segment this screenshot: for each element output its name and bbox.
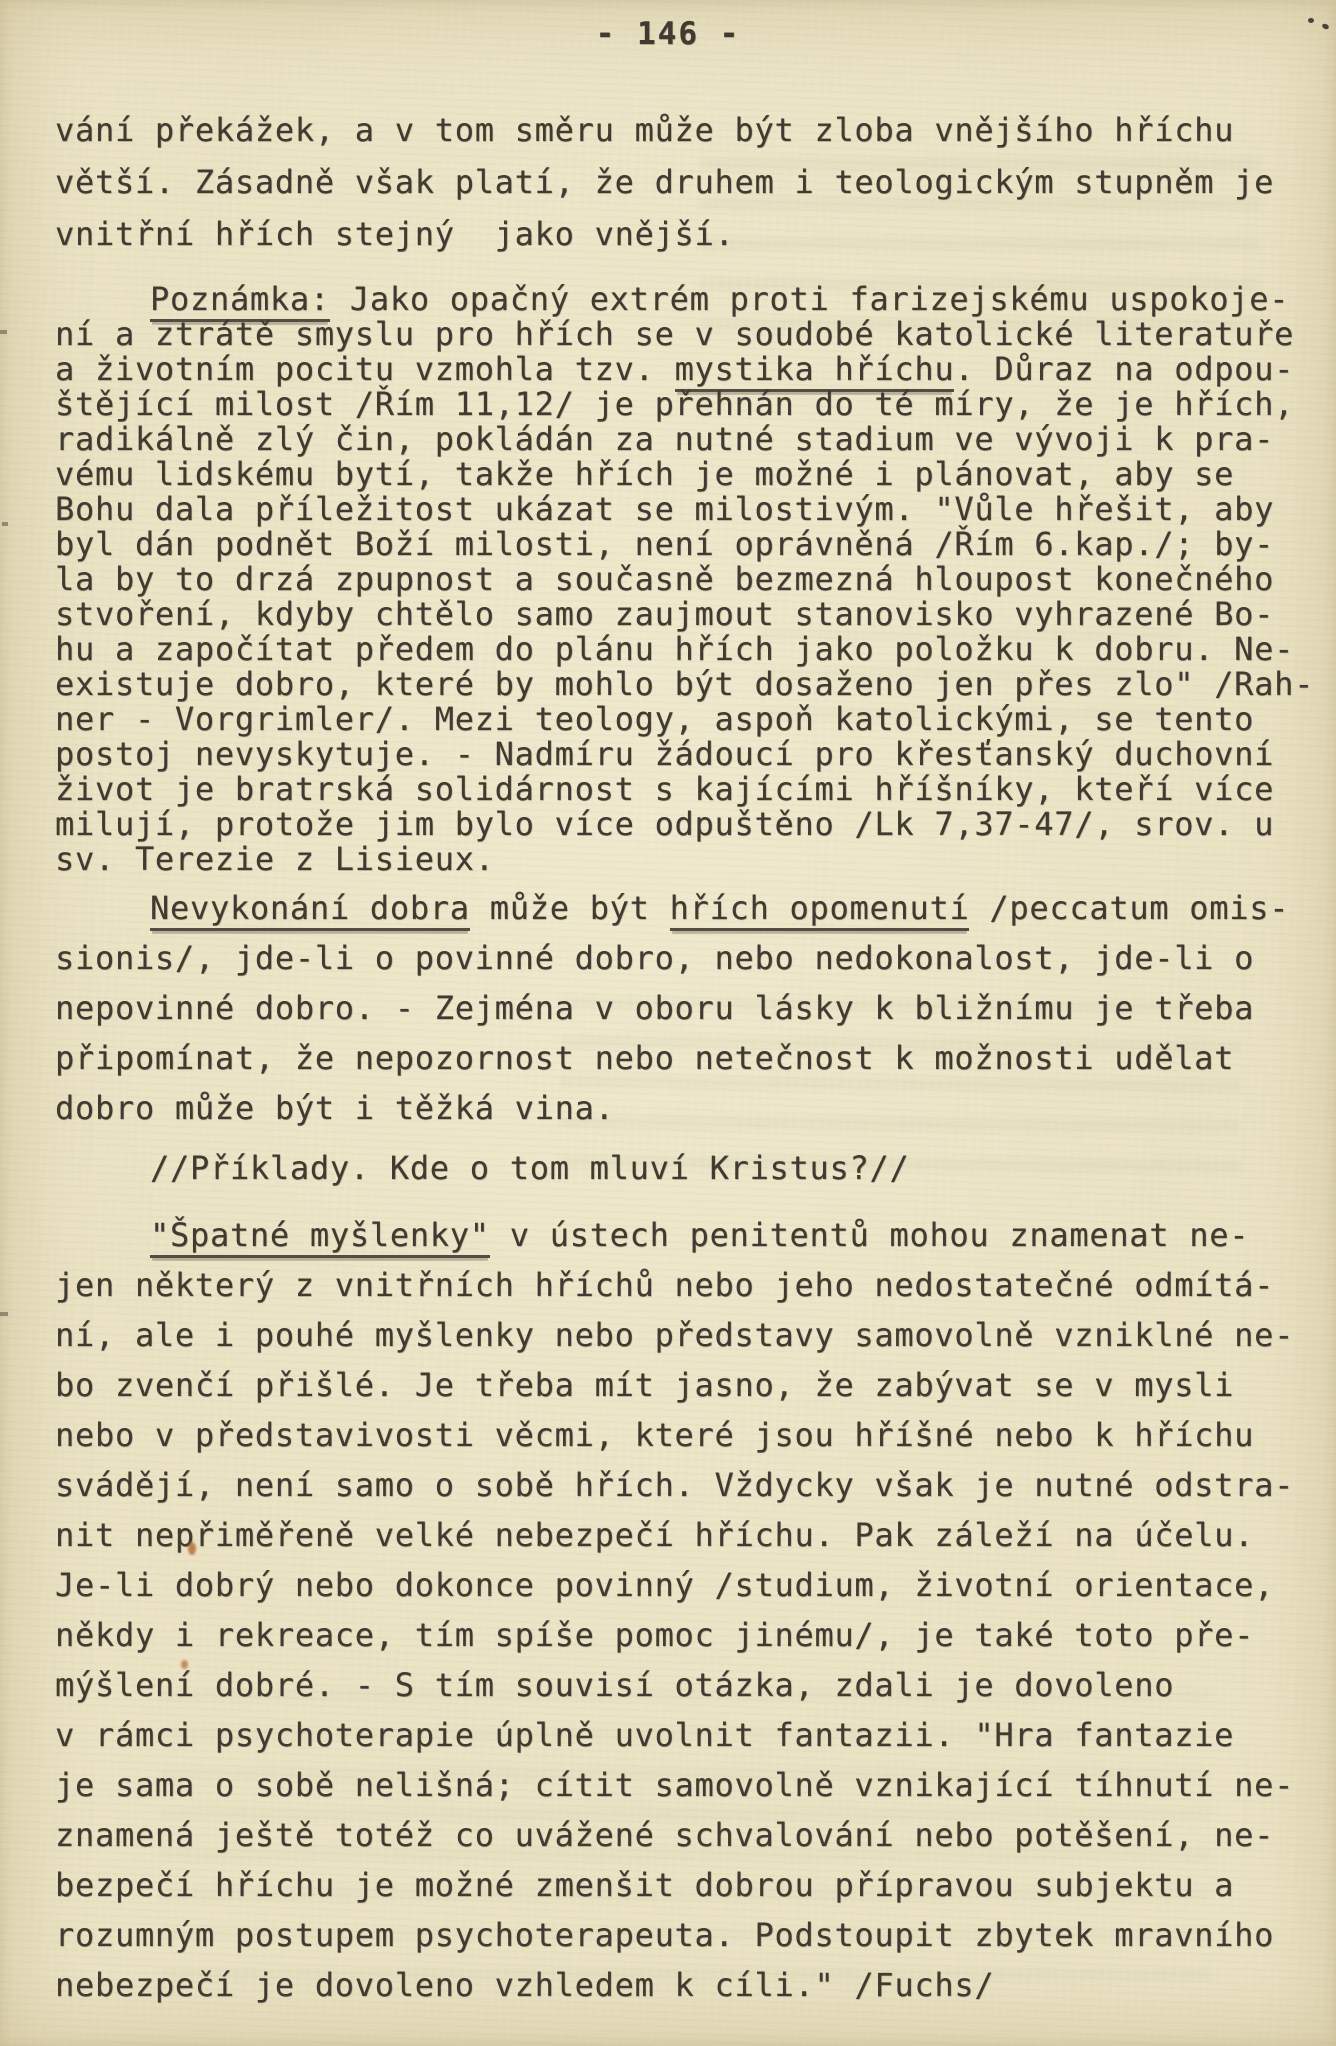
text-segment: hu a započítat předem do plánu hřích jak… (55, 630, 1294, 668)
text-line: //Příklady. Kde o tom mluví Kristus?// (55, 1143, 1325, 1193)
text-segment: nebezpečí je dovoleno vzhledem k cíli." … (55, 1966, 994, 2004)
text-segment: byl dán podnět Boží milosti, není oprávn… (55, 525, 1274, 563)
paragraph: Poznámka: Jako opačný extrém proti fariz… (55, 282, 1325, 877)
underlined-text: Nevykonání dobra (150, 889, 470, 931)
text-line: nebezpečí je dovoleno vzhledem k cíli." … (55, 1960, 1325, 2010)
text-line: v rámci psychoterapie úplně uvolnit fant… (55, 1710, 1325, 1760)
text-line: "Špatné myšlenky" v ústech penitentů moh… (55, 1210, 1325, 1260)
text-line: la by to drzá zpupnost a současně bezmez… (55, 562, 1325, 597)
text-segment: sv. Terezie z Lisieux. (55, 840, 495, 878)
text-segment: //Příklady. Kde o tom mluví Kristus?// (150, 1149, 909, 1187)
text-segment: a životním pocitu vzmohla tzv. (55, 350, 675, 388)
text-line: sionis/, jde-li o povinné dobro, nebo ne… (55, 933, 1325, 983)
text-segment: la by to drzá zpupnost a současně bezmez… (55, 560, 1274, 598)
text-segment: v rámci psychoterapie úplně uvolnit fant… (55, 1716, 1234, 1754)
text-line: nepovinné dobro. - Zejména v oboru lásky… (55, 983, 1325, 1033)
paper-stain (181, 1660, 188, 1669)
text-segment: připomínat, že nepozornost nebo netečnos… (55, 1039, 1234, 1077)
underlined-text: hřích opomenutí (670, 889, 970, 931)
scan-artifact (0, 330, 7, 334)
text-line: vání překážek, a v tom směru může být zl… (55, 104, 1325, 156)
text-segment: dobro může být i těžká vina. (55, 1089, 615, 1127)
text-line: Bohu dala příležitost ukázat se milostiv… (55, 492, 1325, 527)
text-segment: větší. Zásadně však platí, že druhem i t… (55, 163, 1274, 201)
text-line: Je-li dobrý nebo dokonce povinný /studiu… (55, 1560, 1325, 1610)
text-segment: ní, ale i pouhé myšlenky nebo představy … (55, 1316, 1294, 1354)
text-line: hu a započítat předem do plánu hřích jak… (55, 632, 1325, 667)
text-segment: život je bratrská solidárnost s kajícími… (55, 770, 1274, 808)
underlined-text: "Špatné myšlenky" (150, 1216, 490, 1258)
text-segment: svádějí, není samo o sobě hřích. Vždycky… (55, 1466, 1294, 1504)
text-segment: ní a ztrátě smyslu pro hřích se v soudob… (55, 315, 1294, 353)
text-segment: vému lidskému bytí, takže hřích je možné… (55, 455, 1234, 493)
paragraph: "Špatné myšlenky" v ústech penitentů moh… (55, 1210, 1325, 2010)
text-line: a životním pocitu vzmohla tzv. mystika h… (55, 352, 1325, 387)
text-segment: mýšlení dobré. - S tím souvisí otázka, z… (55, 1666, 1174, 1704)
scan-artifact (2, 522, 8, 526)
text-line: byl dán podnět Boží milosti, není oprávn… (55, 527, 1325, 562)
text-segment: . Důraz na odpou- (954, 350, 1294, 388)
text-line: ner - Vorgrimler/. Mezi teology, aspoň k… (55, 702, 1325, 737)
text-segment: postoj nevyskytuje. - Nadmíru žádoucí pr… (55, 735, 1274, 773)
text-segment: sionis/, jde-li o povinné dobro, nebo ne… (55, 939, 1254, 977)
text-line: připomínat, že nepozornost nebo netečnos… (55, 1033, 1325, 1083)
text-segment: štějící milost /Řím 11,12/ je přehnán do… (55, 385, 1294, 423)
document-body: vání překážek, a v tom směru může být zl… (0, 0, 1336, 2046)
text-line: Poznámka: Jako opačný extrém proti fariz… (55, 282, 1325, 317)
text-line: existuje dobro, které by mohlo být dosaž… (55, 667, 1325, 702)
text-line: stvoření, kdyby chtělo samo zaujmout sta… (55, 597, 1325, 632)
text-line: někdy i rekreace, tím spíše pomoc jinému… (55, 1610, 1325, 1660)
text-line: sv. Terezie z Lisieux. (55, 842, 1325, 877)
text-segment: ner - Vorgrimler/. Mezi teology, aspoň k… (55, 700, 1254, 738)
text-line: větší. Zásadně však platí, že druhem i t… (55, 156, 1325, 208)
text-segment: existuje dobro, které by mohlo být dosaž… (55, 665, 1314, 703)
paragraph: Nevykonání dobra může být hřích opomenut… (55, 883, 1325, 1133)
text-line: postoj nevyskytuje. - Nadmíru žádoucí pr… (55, 737, 1325, 772)
text-line: jen některý z vnitřních hříchů nebo jeho… (55, 1260, 1325, 1310)
text-segment: Jako opačný extrém proti farizejskému us… (330, 280, 1289, 318)
text-line: bezpečí hříchu je možné zmenšit dobrou p… (55, 1860, 1325, 1910)
text-segment: milují, protože jim bylo více odpuštěno … (55, 805, 1274, 843)
text-line: nit nepřiměřeně velké nebezpečí hříchu. … (55, 1510, 1325, 1560)
text-line: vému lidskému bytí, takže hřích je možné… (55, 457, 1325, 492)
text-segment: vnitřní hřích stejný jako vnější. (55, 215, 735, 253)
text-line: rozumným postupem psychoterapeuta. Podst… (55, 1910, 1325, 1960)
text-segment: znamená ještě totéž co uvážené schvalová… (55, 1816, 1274, 1854)
text-line: je sama o sobě nelišná; cítit samovolně … (55, 1760, 1325, 1810)
text-line: svádějí, není samo o sobě hřích. Vždycky… (55, 1460, 1325, 1510)
text-segment: někdy i rekreace, tím spíše pomoc jinému… (55, 1616, 1254, 1654)
text-segment: stvoření, kdyby chtělo samo zaujmout sta… (55, 595, 1274, 633)
text-line: milují, protože jim bylo více odpuštěno … (55, 807, 1325, 842)
text-line: život je bratrská solidárnost s kajícími… (55, 772, 1325, 807)
paragraph: vání překážek, a v tom směru může být zl… (55, 104, 1325, 260)
text-segment: /peccatum omis- (969, 889, 1289, 927)
text-segment: Bohu dala příležitost ukázat se milostiv… (55, 490, 1274, 528)
text-segment: radikálně zlý čin, pokládán za nutné sta… (55, 420, 1274, 458)
text-segment: Je-li dobrý nebo dokonce povinný /studiu… (55, 1566, 1274, 1604)
paragraph: //Příklady. Kde o tom mluví Kristus?// (55, 1143, 1325, 1193)
typewritten-page: - 146 - vání překážek, a v tom směru můž… (0, 0, 1336, 2046)
scan-artifact (0, 1312, 8, 1316)
text-segment: bezpečí hříchu je možné zmenšit dobrou p… (55, 1866, 1234, 1904)
text-segment: nit nepřiměřeně velké nebezpečí hříchu. … (55, 1516, 1254, 1554)
text-line: vnitřní hřích stejný jako vnější. (55, 208, 1325, 260)
text-line: Nevykonání dobra může být hřích opomenut… (55, 883, 1325, 933)
text-line: radikálně zlý čin, pokládán za nutné sta… (55, 422, 1325, 457)
text-line: nebo v představivosti věcmi, které jsou … (55, 1410, 1325, 1460)
text-line: bo zvenčí přišlé. Je třeba mít jasno, že… (55, 1360, 1325, 1410)
text-line: ní, ale i pouhé myšlenky nebo představy … (55, 1310, 1325, 1360)
text-line: dobro může být i těžká vina. (55, 1083, 1325, 1133)
scan-artifact (1308, 18, 1314, 23)
text-segment: bo zvenčí přišlé. Je třeba mít jasno, že… (55, 1366, 1234, 1404)
text-segment: rozumným postupem psychoterapeuta. Podst… (55, 1916, 1274, 1954)
text-line: štějící milost /Řím 11,12/ je přehnán do… (55, 387, 1325, 422)
text-segment: jen některý z vnitřních hříchů nebo jeho… (55, 1266, 1274, 1304)
text-line: znamená ještě totéž co uvážené schvalová… (55, 1810, 1325, 1860)
text-segment: může být (470, 889, 670, 927)
text-segment: je sama o sobě nelišná; cítit samovolně … (55, 1766, 1294, 1804)
text-segment: nepovinné dobro. - Zejména v oboru lásky… (55, 989, 1254, 1027)
paper-stain (188, 1542, 196, 1555)
text-segment: v ústech penitentů mohou znamenat ne- (490, 1216, 1249, 1254)
text-segment: vání překážek, a v tom směru může být zl… (55, 111, 1234, 149)
text-line: ní a ztrátě smyslu pro hřích se v soudob… (55, 317, 1325, 352)
text-segment: nebo v představivosti věcmi, které jsou … (55, 1416, 1254, 1454)
text-line: mýšlení dobré. - S tím souvisí otázka, z… (55, 1660, 1325, 1710)
